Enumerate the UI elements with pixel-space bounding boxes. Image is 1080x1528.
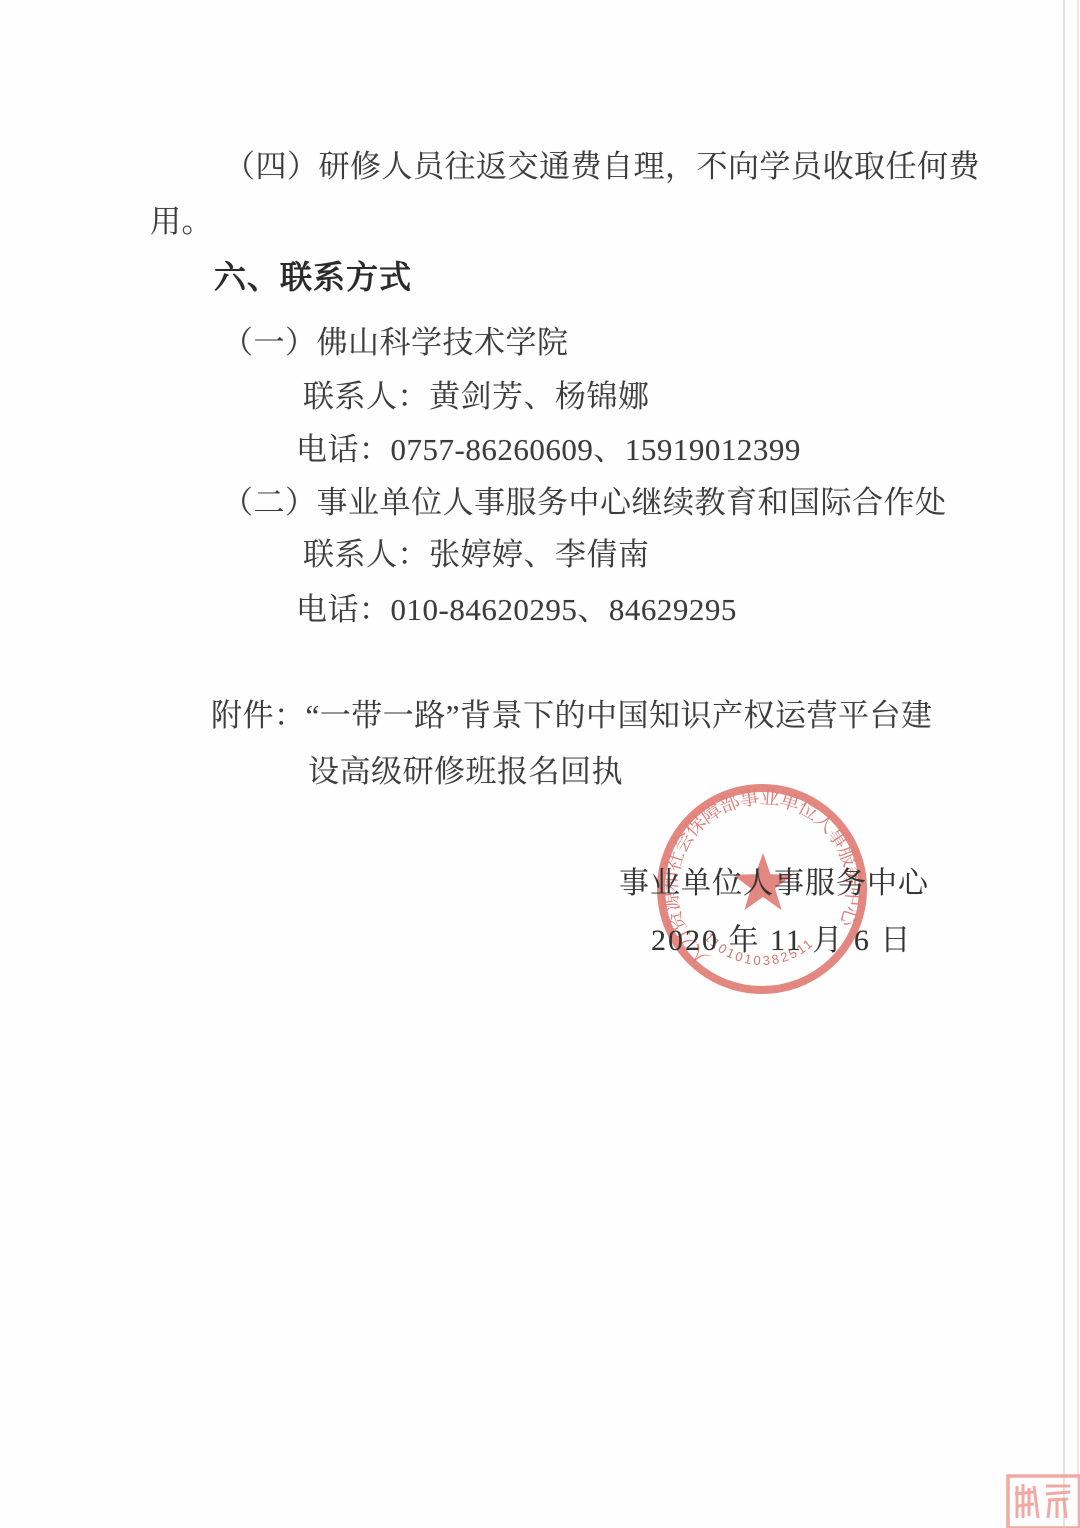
paragraph-four-line2: 用。 [150, 196, 213, 241]
scanned-document-page: （四）研修人员往返交通费自理，不向学员收取任何费 用。 六、联系方式 （一）佛山… [0, 0, 1080, 1528]
contact1-person: 联系人：黄剑芳、杨锦娜 [303, 371, 650, 416]
watermark-glyph-left [1015, 1484, 1038, 1518]
page-right-edge [1077, 0, 1079, 1528]
watermark-glyph-right [1046, 1486, 1070, 1518]
watermark-border [1008, 1476, 1080, 1528]
contact2-person: 联系人：张婷婷、李倩南 [303, 529, 650, 574]
paragraph-four-line1: （四）研修人员往返交通费自理，不向学员收取任何费 [224, 141, 980, 186]
contact2-title: （二）事业单位人事服务中心继续教育和国际合作处 [222, 477, 947, 522]
attachment-line1: 附件：“一带一路”背景下的中国知识产权运营平台建 [211, 690, 933, 735]
corner-watermark-stamp [1004, 1468, 1080, 1528]
signature-organization: 事业单位人事服务中心 [619, 858, 929, 902]
contact1-title: （一）佛山科学技术学院 [222, 317, 569, 362]
contact2-phone: 电话：010-84620295、84629295 [296, 584, 737, 629]
scan-artifact-line [1063, 0, 1065, 1528]
contact1-phone: 电话：0757-86260609、15919012399 [296, 424, 801, 469]
section-heading-contact: 六、联系方式 [214, 252, 412, 298]
signature-date: 2020 年 11 月 6 日 [651, 915, 912, 959]
attachment-line2: 设高级研修班报名回执 [308, 746, 623, 791]
